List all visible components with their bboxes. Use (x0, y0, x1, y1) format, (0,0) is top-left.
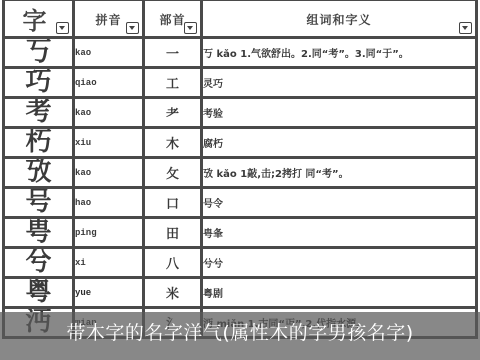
cell-char[interactable]: 号 (4, 188, 74, 218)
cell-meaning[interactable]: 腐朽 (202, 128, 477, 158)
table-row: 攷 kao 攵 攷 kǎo 1敲,击;2拷打 同“考”。 (4, 158, 477, 188)
table-row: 兮 xi 八 兮兮 (4, 248, 477, 278)
header-pinyin-label: 拼音 (95, 11, 121, 28)
cell-radical[interactable]: 攵 (144, 158, 202, 188)
cell-radical[interactable]: 耂 (144, 98, 202, 128)
cell-pinyin[interactable]: hao (74, 188, 144, 218)
cell-meaning[interactable]: 灵巧 (202, 68, 477, 98)
cell-pinyin[interactable]: kao (74, 158, 144, 188)
cell-radical[interactable]: 木 (144, 128, 202, 158)
cell-meaning[interactable]: 粤剧 (202, 278, 477, 308)
header-pinyin: 拼音 (74, 0, 144, 38)
table-row: 朽 xiu 木 腐朽 (4, 128, 477, 158)
image-caption: 带木字的名字洋气(属性木的字男孩名字) (0, 318, 480, 345)
cell-pinyin[interactable]: xi (74, 248, 144, 278)
cell-radical[interactable]: 田 (144, 218, 202, 248)
table-row: 号 hao 口 号令 (4, 188, 477, 218)
cell-pinyin[interactable]: xiu (74, 128, 144, 158)
header-meaning-label: 组词和字义 (306, 11, 371, 28)
header-radical-label: 部首 (159, 11, 185, 28)
header-char: 字 (4, 0, 74, 38)
spreadsheet: 字 拼音 部首 组词和字义 丂 kao (0, 0, 480, 360)
cell-pinyin[interactable]: kao (74, 38, 144, 68)
cell-meaning[interactable]: 兮兮 (202, 248, 477, 278)
table-row: 考 kao 耂 考验 (4, 98, 477, 128)
header-char-label: 字 (23, 1, 47, 36)
filter-dropdown-icon[interactable] (56, 22, 69, 34)
cell-radical[interactable]: 工 (144, 68, 202, 98)
filter-dropdown-icon[interactable] (184, 22, 197, 34)
cell-meaning[interactable]: 丂 kǎo 1.气欲舒出。2.同“考”。3.同“于”。 (202, 38, 477, 68)
header-radical: 部首 (144, 0, 202, 38)
cell-char[interactable]: 甹 (4, 218, 74, 248)
cell-pinyin[interactable]: kao (74, 98, 144, 128)
filter-dropdown-icon[interactable] (459, 22, 472, 34)
cell-pinyin[interactable]: yue (74, 278, 144, 308)
cell-char[interactable]: 丂 (4, 38, 74, 68)
cell-char[interactable]: 粤 (4, 278, 74, 308)
header-row: 字 拼音 部首 组词和字义 (4, 0, 477, 38)
cell-char[interactable]: 攷 (4, 158, 74, 188)
cell-radical[interactable]: 一 (144, 38, 202, 68)
header-meaning: 组词和字义 (202, 0, 477, 38)
cell-pinyin[interactable]: qiao (74, 68, 144, 98)
cell-char[interactable]: 兮 (4, 248, 74, 278)
cell-meaning[interactable]: 甹夆 (202, 218, 477, 248)
table-row: 甹 ping 田 甹夆 (4, 218, 477, 248)
cell-meaning[interactable]: 攷 kǎo 1敲,击;2拷打 同“考”。 (202, 158, 477, 188)
character-table: 字 拼音 部首 组词和字义 丂 kao (2, 0, 478, 339)
cell-radical[interactable]: 八 (144, 248, 202, 278)
table-row: 巧 qiao 工 灵巧 (4, 68, 477, 98)
cell-radical[interactable]: 口 (144, 188, 202, 218)
cell-char[interactable]: 巧 (4, 68, 74, 98)
table-row: 粤 yue 米 粤剧 (4, 278, 477, 308)
cell-pinyin[interactable]: ping (74, 218, 144, 248)
table-row: 丂 kao 一 丂 kǎo 1.气欲舒出。2.同“考”。3.同“于”。 (4, 38, 477, 68)
cell-char[interactable]: 朽 (4, 128, 74, 158)
filter-dropdown-icon[interactable] (126, 22, 139, 34)
cell-char[interactable]: 考 (4, 98, 74, 128)
cell-meaning[interactable]: 号令 (202, 188, 477, 218)
cell-meaning[interactable]: 考验 (202, 98, 477, 128)
cell-radical[interactable]: 米 (144, 278, 202, 308)
